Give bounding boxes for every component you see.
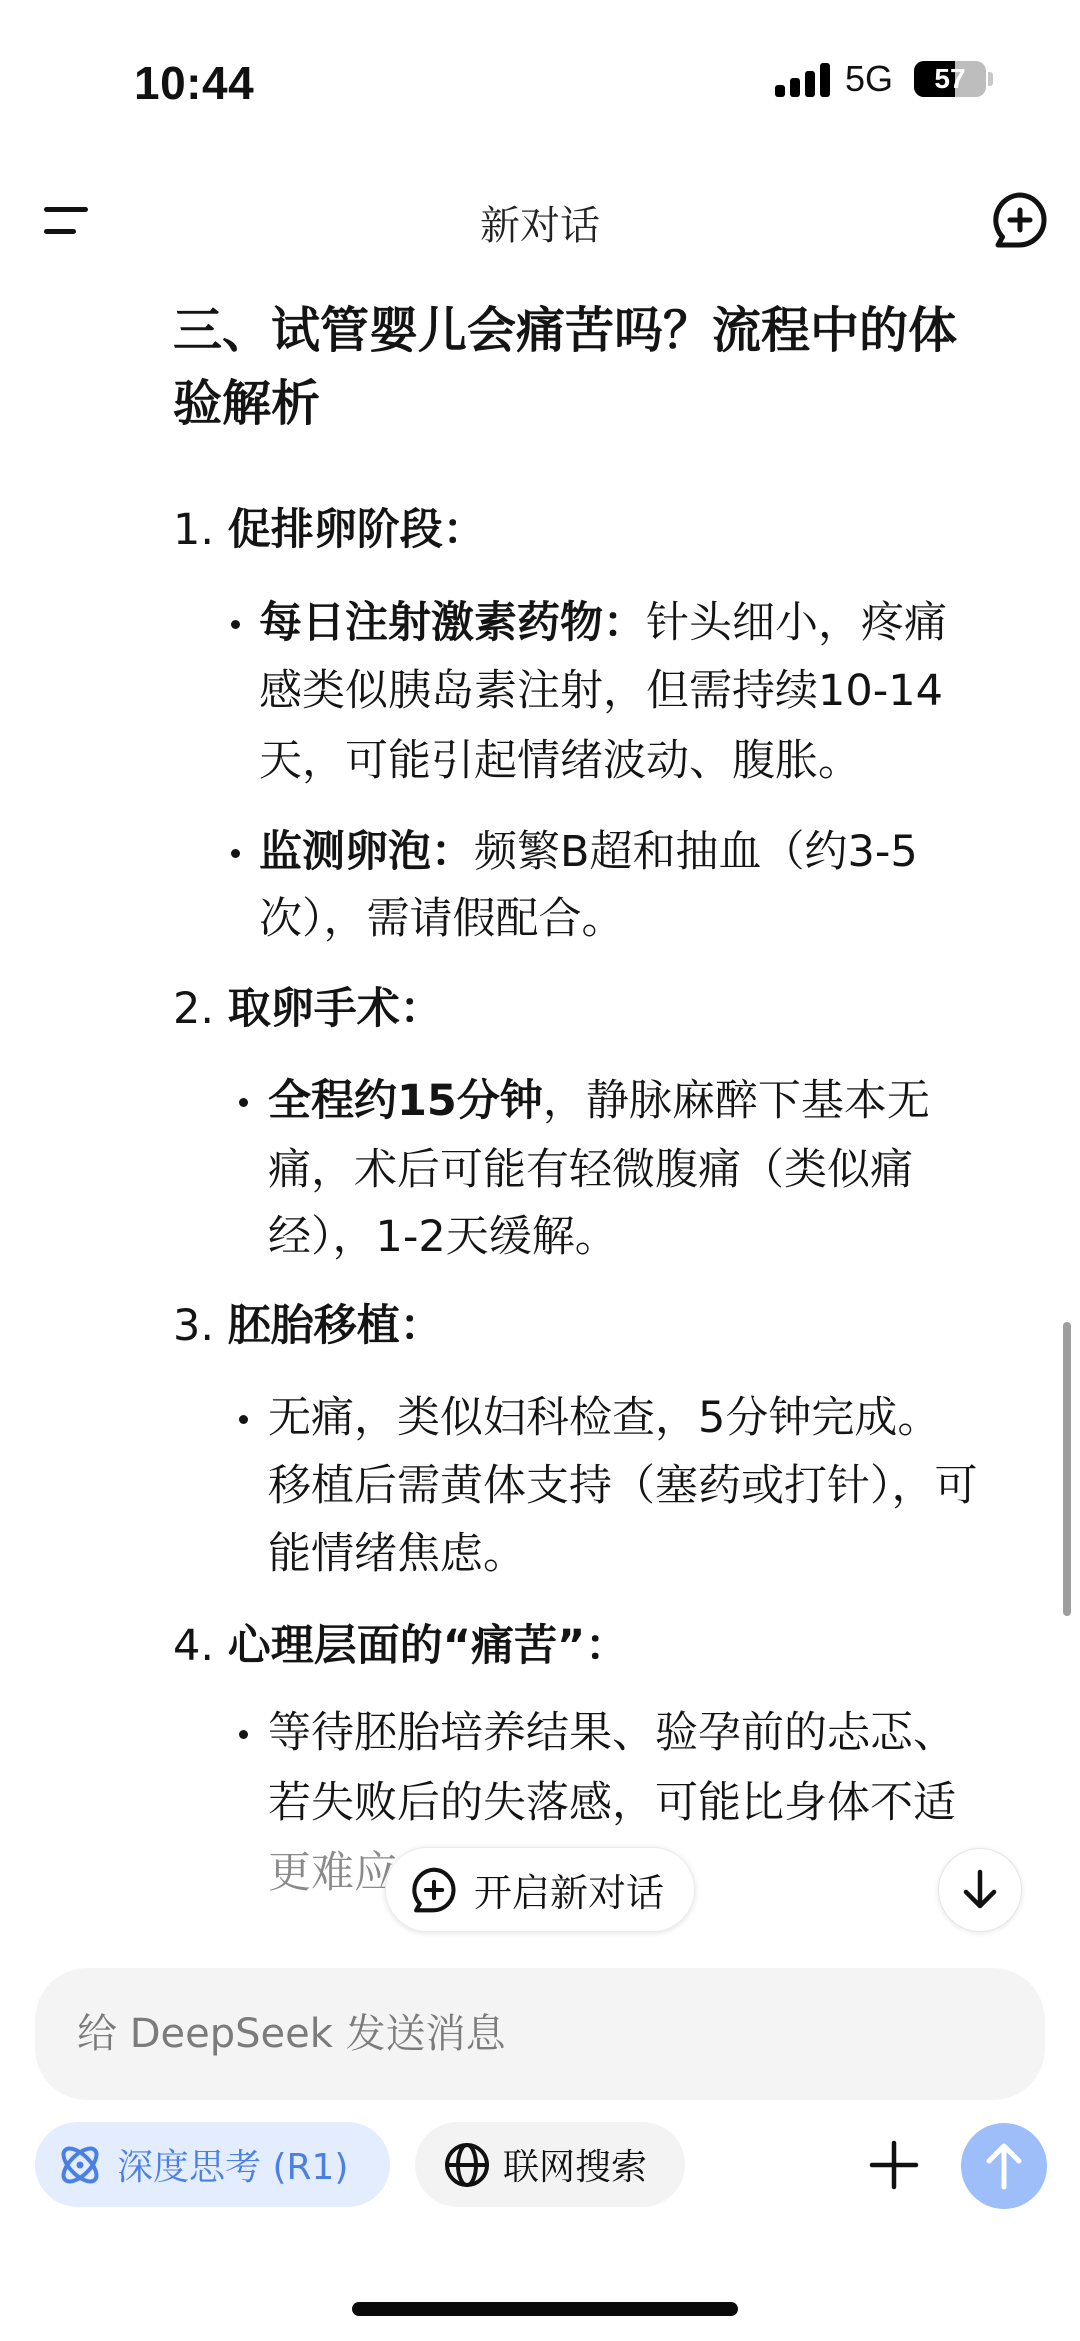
bullet-line: 无痛，类似妇科检查，5分钟完成。 xyxy=(268,1393,940,1443)
battery-nub xyxy=(988,72,993,86)
new-chat-icon xyxy=(408,1864,460,1916)
new-chat-icon[interactable] xyxy=(988,188,1052,252)
section-title-text: 心理层面的“痛苦”： xyxy=(228,1621,629,1671)
start-new-chat-button[interactable]: 开启新对话 xyxy=(385,1847,695,1932)
page-title: 新对话 xyxy=(0,194,1080,251)
bullet-line: 移植后需黄体支持（塞药或打针），可 xyxy=(268,1461,978,1511)
web-search-toggle[interactable]: 联网搜索 xyxy=(415,2122,685,2207)
bullet-line: 每日注射激素药物：针头细小，疼痛 xyxy=(259,598,947,648)
bullet-dot xyxy=(231,620,240,629)
section-title-text: 促排卵阶段： xyxy=(228,505,486,555)
bullet-bold-text: 每日注射激素药物： xyxy=(259,598,646,648)
bullet-dot xyxy=(231,849,240,858)
section-title: 2. 取卵手术： xyxy=(173,984,443,1034)
bullet-line: 感类似胰岛素注射，但需持续10-14 xyxy=(259,666,943,716)
bullet-line: 天，可能引起情绪波动、腹胀。 xyxy=(259,736,861,786)
bullet-line: 能情绪焦虑。 xyxy=(268,1529,526,1579)
section-title: 4. 心理层面的“痛苦”： xyxy=(173,1621,628,1671)
message-input-container[interactable] xyxy=(35,1968,1045,2100)
scroll-to-bottom-button[interactable] xyxy=(938,1848,1022,1932)
bullet-dot xyxy=(239,1730,248,1739)
plus-icon[interactable] xyxy=(862,2133,926,2197)
bullet-line: 次），需请假配合。 xyxy=(259,894,625,944)
bullet-text: ，静脉麻醉下基本无 xyxy=(543,1076,930,1126)
message-input[interactable] xyxy=(77,1968,977,2100)
bullet-line: 监测卵泡：频繁B超和抽血（约3-5 xyxy=(259,827,918,877)
bullet-bold-text: 监测卵泡： xyxy=(259,827,474,877)
arrow-up-icon xyxy=(981,2141,1027,2191)
start-new-chat-label: 开启新对话 xyxy=(474,1862,664,1917)
signal-bars-icon xyxy=(775,63,831,97)
section-title-text: 取卵手术： xyxy=(228,984,443,1034)
battery-percent: 57 xyxy=(914,61,986,97)
network-type: 5G xyxy=(845,58,893,100)
bullet-dot xyxy=(239,1098,248,1107)
scrollbar[interactable] xyxy=(1063,1322,1071,1616)
bullet-bold-text: 全程约15分钟 xyxy=(268,1076,543,1126)
battery-icon: 57 xyxy=(914,61,986,97)
bullet-text: 频繁B超和抽血（约3-5 xyxy=(474,827,918,877)
bullet-line: 等待胚胎培养结果、验孕前的忐忑、 xyxy=(268,1708,956,1758)
section-number: 1. xyxy=(173,505,214,555)
message-heading-line-1: 三、试管婴儿会痛苦吗？流程中的体 xyxy=(173,303,957,359)
bullet-line: 经），1-2天缓解。 xyxy=(268,1212,618,1262)
section-number: 3. xyxy=(173,1301,214,1351)
home-indicator xyxy=(352,2302,738,2316)
deep-think-label: 深度思考 (R1) xyxy=(117,2139,348,2190)
arrow-down-icon xyxy=(958,1868,1002,1912)
section-number: 4. xyxy=(173,1621,214,1671)
bullet-line: 痛，术后可能有轻微腹痛（类似痛 xyxy=(268,1145,913,1195)
status-time: 10:44 xyxy=(134,56,254,110)
send-button[interactable] xyxy=(961,2123,1047,2209)
section-title: 3. 胚胎移植： xyxy=(173,1301,443,1351)
atom-icon xyxy=(55,2140,105,2190)
bullet-dot xyxy=(239,1415,248,1424)
deep-think-toggle[interactable]: 深度思考 (R1) xyxy=(35,2122,390,2207)
message-heading-line-2: 验解析 xyxy=(173,376,320,432)
section-title: 1. 促排卵阶段： xyxy=(173,505,486,555)
bullet-line: 更难应 xyxy=(268,1848,397,1898)
bullet-line: 若失败后的失落感，可能比身体不适 xyxy=(268,1778,956,1828)
web-search-label: 联网搜索 xyxy=(503,2139,647,2190)
section-title-text: 胚胎移植： xyxy=(228,1301,443,1351)
globe-icon xyxy=(443,2141,491,2189)
bullet-line: 全程约15分钟，静脉麻醉下基本无 xyxy=(268,1076,930,1126)
section-number: 2. xyxy=(173,984,214,1034)
bullet-text: 针头细小，疼痛 xyxy=(646,598,947,648)
